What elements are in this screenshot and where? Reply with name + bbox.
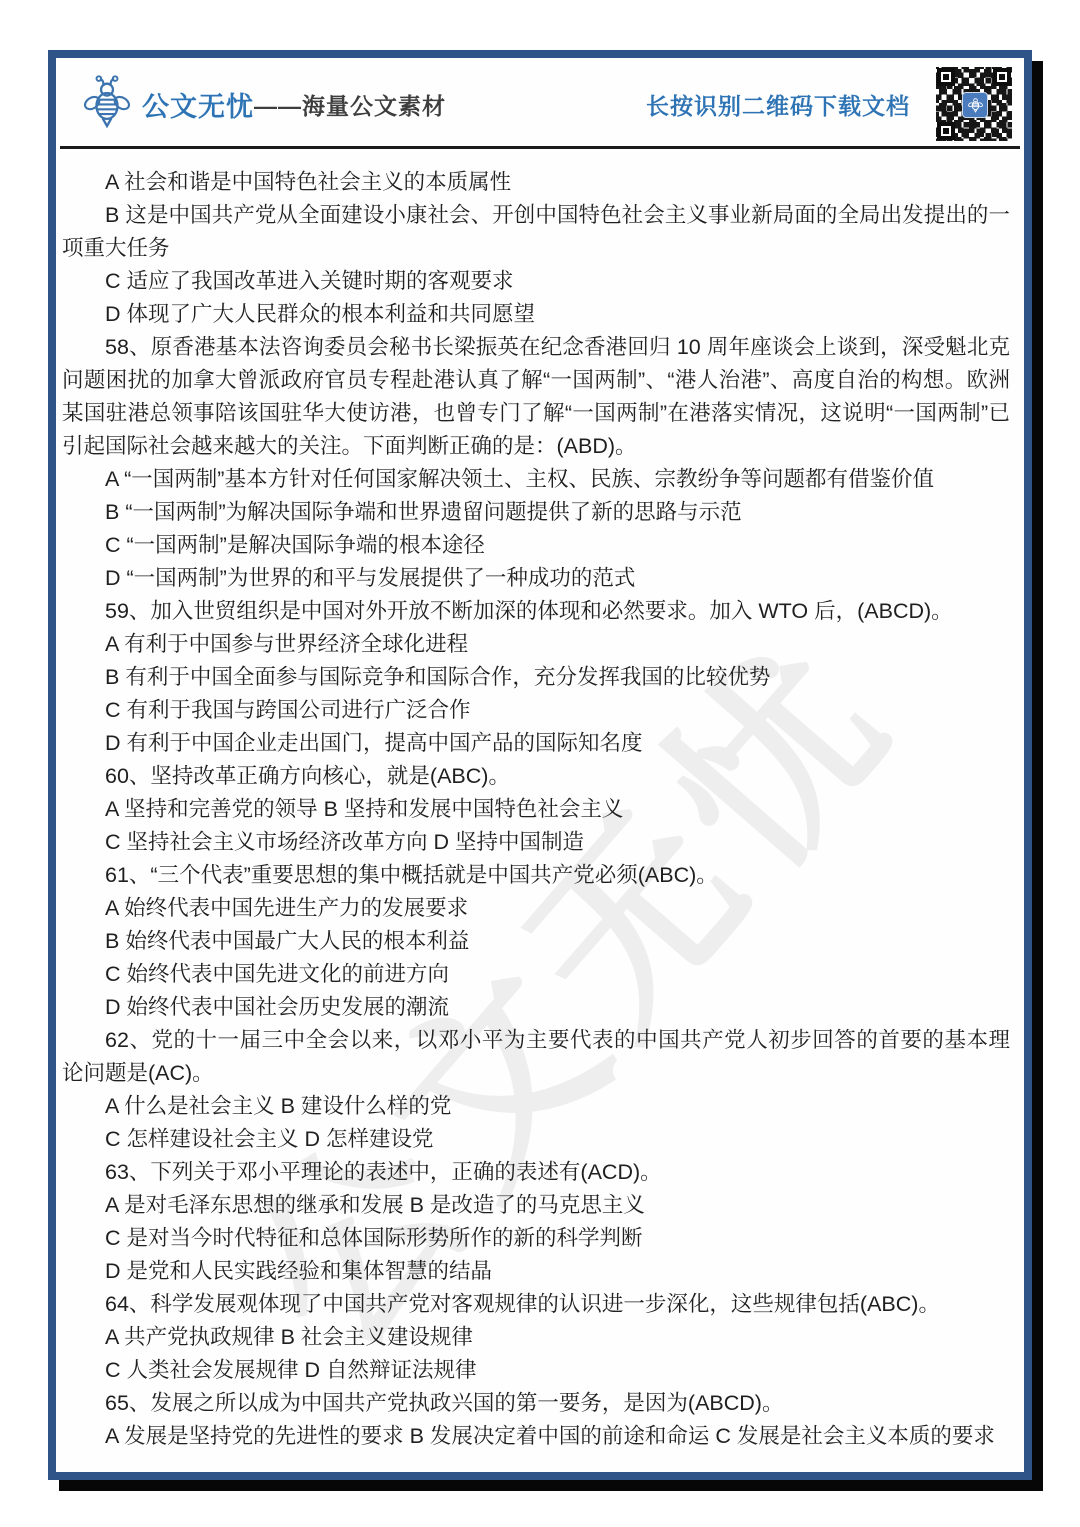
paragraph: C 人类社会发展规律 D 自然辩证法规律: [62, 1354, 1010, 1387]
paragraph: 65、发展之所以成为中国共产党执政兴国的第一要务，是因为(ABCD)。: [62, 1387, 1010, 1420]
paragraph: C “一国两制”是解决国际争端的根本途径: [62, 529, 1010, 562]
paragraph: A 什么是社会主义 B 建设什么样的党: [62, 1090, 1010, 1123]
paragraph: D “一国两制”为世界的和平与发展提供了一种成功的范式: [62, 562, 1010, 595]
brand-tagline: ——海量公文素材: [254, 88, 446, 121]
qr-download-hint: 长按识别二维码下载文档: [646, 88, 910, 121]
paragraph: A 发展是坚持党的先进性的要求 B 发展决定着中国的前途和命运 C 发展是社会主…: [62, 1420, 1010, 1453]
paragraph: 59、加入世贸组织是中国对外开放不断加深的体现和必然要求。加入 WTO 后，(A…: [62, 595, 1010, 628]
qr-finder-icon: [937, 68, 955, 86]
paragraph: 60、坚持改革正确方向核心，就是(ABC)。: [62, 760, 1010, 793]
paragraph: B 有利于中国全面参与国际竞争和国际合作，充分发挥我国的比较优势: [62, 661, 1010, 694]
paragraph: A 坚持和完善党的领导 B 坚持和发展中国特色社会主义: [62, 793, 1010, 826]
paragraph: A 是对毛泽东思想的继承和发展 B 是改造了的马克思主义: [62, 1189, 1010, 1222]
paragraph: D 体现了广大人民群众的根本利益和共同愿望: [62, 298, 1010, 331]
document-body: A 社会和谐是中国特色社会主义的本质属性 B 这是中国共产党从全面建设小康社会、…: [56, 149, 1024, 1453]
paragraph: A 社会和谐是中国特色社会主义的本质属性: [62, 166, 1010, 199]
bee-logo-icon: [84, 75, 130, 133]
paragraph: 62、党的十一届三中全会以来，以邓小平为主要代表的中国共产党人初步回答的首要的基…: [62, 1024, 1010, 1090]
paragraph: B 始终代表中国最广大人民的根本利益: [62, 925, 1010, 958]
paragraph: A 共产党执政规律 B 社会主义建设规律: [62, 1321, 1010, 1354]
paragraph: C 坚持社会主义市场经济改革方向 D 坚持中国制造: [62, 826, 1010, 859]
paragraph: A 有利于中国参与世界经济全球化进程: [62, 628, 1010, 661]
paragraph: A “一国两制”基本方针对任何国家解决领土、主权、民族、宗教纷争等问题都有借鉴价…: [62, 463, 1010, 496]
paragraph: D 始终代表中国社会历史发展的潮流: [62, 991, 1010, 1024]
page-header: 公文无忧——海量公文素材 长按识别二维码下载文档: [56, 58, 1024, 146]
paragraph: 58、原香港基本法咨询委员会秘书长梁振英在纪念香港回归 10 周年座谈会上谈到，…: [62, 331, 1010, 463]
qr-finder-icon: [993, 68, 1011, 86]
paragraph: C 是对当今时代特征和总体国际形势所作的新的科学判断: [62, 1222, 1010, 1255]
page-frame: 公文无忧 公文无忧——海量公文素材 长按识别二维码下载文档: [48, 50, 1032, 1480]
qr-finder-icon: [937, 122, 955, 140]
paragraph: C 适应了我国改革进入关键时期的客观要求: [62, 265, 1010, 298]
paragraph: 63、下列关于邓小平理论的表述中，正确的表述有(ACD)。: [62, 1156, 1010, 1189]
paragraph: C 有利于我国与跨国公司进行广泛合作: [62, 694, 1010, 727]
paragraph: 64、科学发展观体现了中国共产党对客观规律的认识进一步深化，这些规律包括(ABC…: [62, 1288, 1010, 1321]
paragraph: D 有利于中国企业走出国门，提高中国产品的国际知名度: [62, 727, 1010, 760]
paragraph: A 始终代表中国先进生产力的发展要求: [62, 892, 1010, 925]
qr-code: [936, 67, 1012, 141]
qr-center-bee-icon: [962, 92, 988, 118]
paragraph: 61、“三个代表”重要思想的集中概括就是中国共产党必须(ABC)。: [62, 859, 1010, 892]
brand-name: 公文无忧: [142, 85, 254, 124]
paragraph: B “一国两制”为解决国际争端和世界遗留问题提供了新的思路与示范: [62, 496, 1010, 529]
paragraph: D 是党和人民实践经验和集体智慧的结晶: [62, 1255, 1010, 1288]
paragraph: C 怎样建设社会主义 D 怎样建设党: [62, 1123, 1010, 1156]
paragraph: C 始终代表中国先进文化的前进方向: [62, 958, 1010, 991]
paragraph: B 这是中国共产党从全面建设小康社会、开创中国特色社会主义事业新局面的全局出发提…: [62, 199, 1010, 265]
